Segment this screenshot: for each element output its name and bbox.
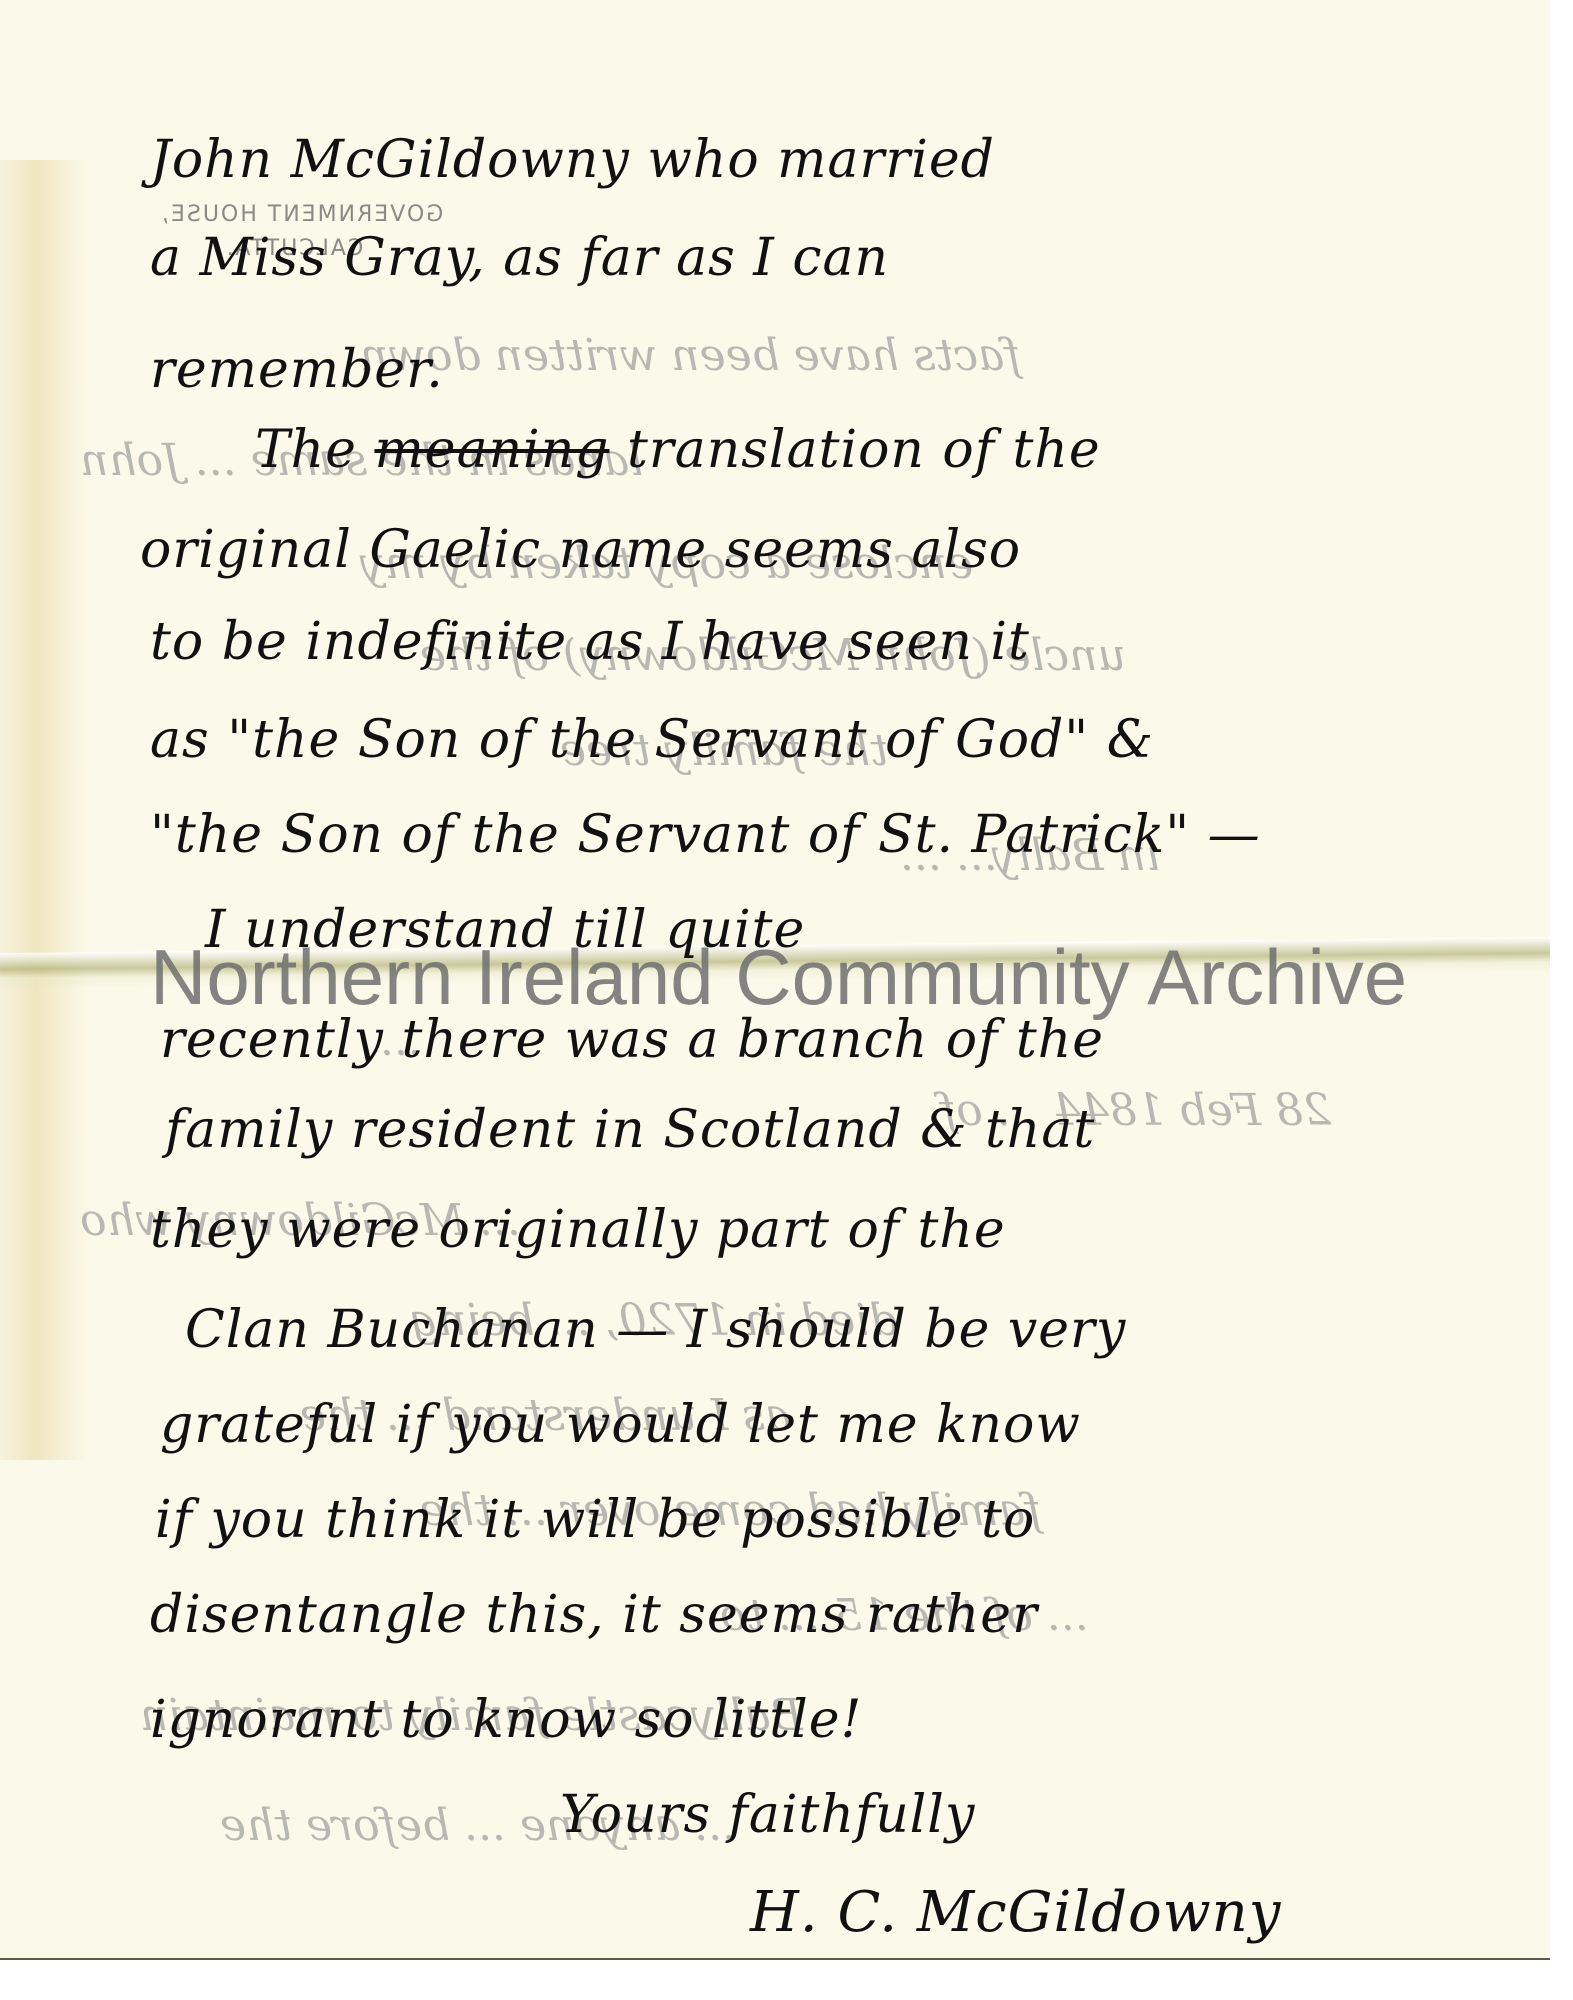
handwritten-line: a Miss Gray, as far as I can xyxy=(150,228,889,288)
handwritten-line: "the Son of the Servant of St. Patrick" … xyxy=(150,805,1261,865)
handwritten-line: to be indefinite as I have seen it xyxy=(150,612,1030,672)
word: The xyxy=(255,420,357,480)
archive-watermark: Northern Ireland Community Archive xyxy=(150,932,1407,1023)
handwritten-line: as "the Son of the Servant of God" & xyxy=(150,710,1154,770)
struck-out-word: meaning xyxy=(374,420,609,480)
letter-closing: Yours faithfully xyxy=(560,1785,975,1845)
bleed-through-line: facts have been written down xyxy=(360,330,1021,381)
handwritten-line: family resident in Scotland & that xyxy=(165,1100,1095,1160)
word: translation of the xyxy=(627,420,1101,480)
letterhead-line-1: GOVERNMENT HOUSE, xyxy=(160,202,443,227)
handwritten-line: The meaning translation of the xyxy=(255,420,1101,480)
handwritten-line: original Gaelic name seems also xyxy=(140,520,1021,580)
handwritten-line: disentangle this, it seems rather xyxy=(150,1585,1038,1645)
handwritten-line: they were originally part of the xyxy=(150,1200,1006,1260)
handwritten-line: ignorant to know so little! xyxy=(150,1690,862,1750)
handwritten-line: Clan Buchanan — I should be very xyxy=(185,1300,1126,1360)
handwritten-line: remember. xyxy=(150,340,444,400)
handwritten-line: if you think it will be possible to xyxy=(155,1490,1035,1550)
letter-page: GOVERNMENT HOUSE, CALCUTTA. facts have b… xyxy=(0,0,1550,1960)
handwritten-line: John McGildowny who married xyxy=(150,130,995,190)
signature: H. C. McGildowny xyxy=(750,1880,1281,1945)
age-stain xyxy=(0,160,90,1460)
handwritten-line: grateful if you would let me know xyxy=(160,1395,1081,1455)
